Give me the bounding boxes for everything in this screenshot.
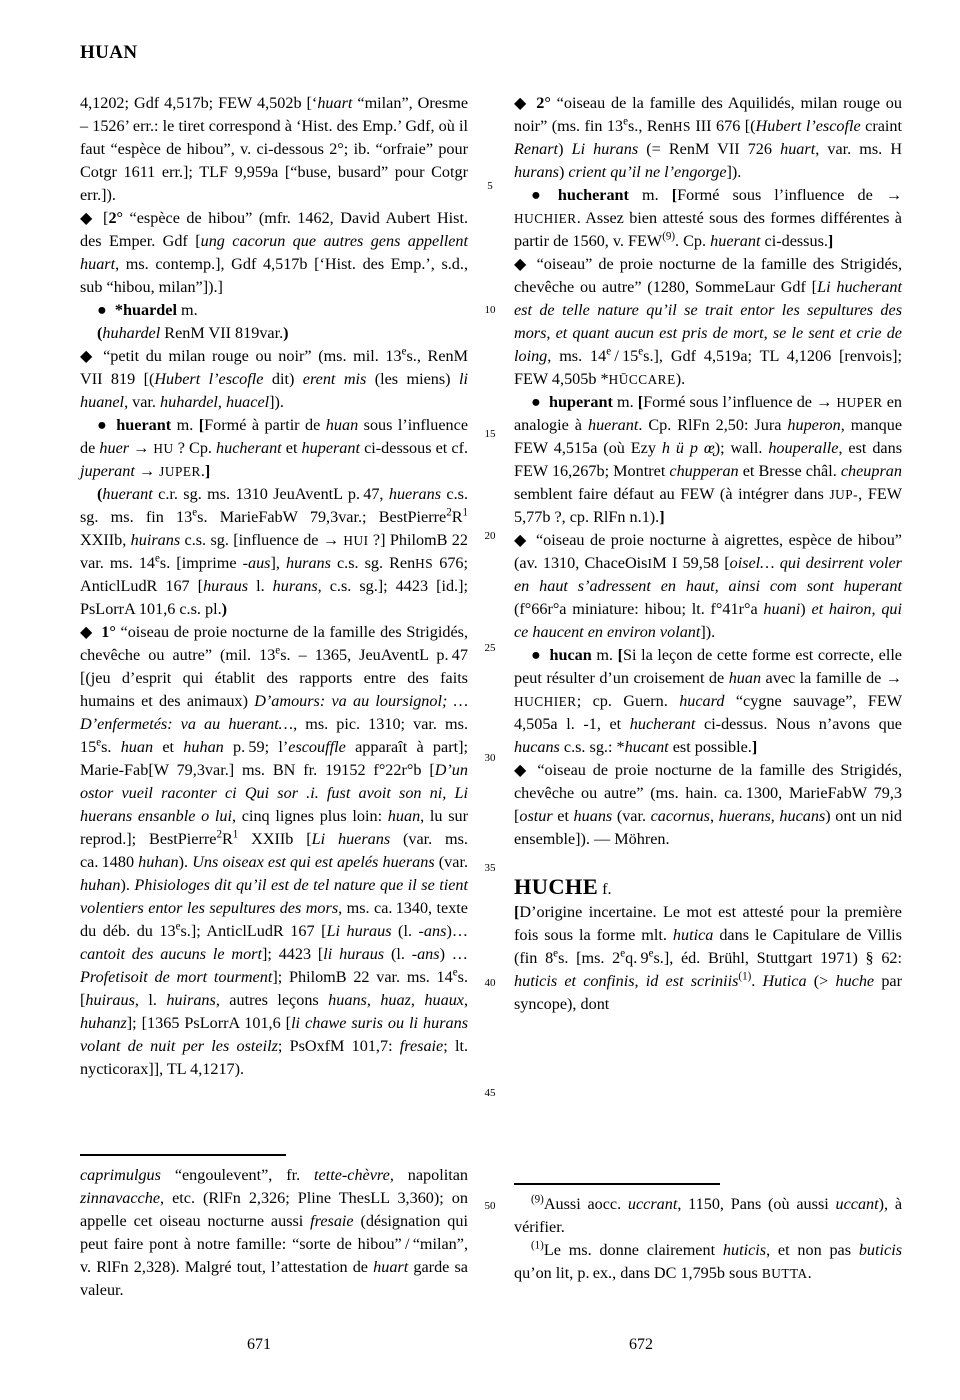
forms-huardel: (huhardel RenM VII 819var.): [80, 322, 468, 345]
entry-hucherant: ● hucherant m. [Formé sous l’influence d…: [514, 184, 902, 253]
line-number: 35: [474, 862, 506, 874]
continuation-huart: 4,1202; Gdf 4,517b; FEW 4,502b [‘huart “…: [80, 92, 468, 207]
sense-huardel: ◆ “petit du milan rouge ou noir” (ms. mi…: [80, 345, 468, 414]
left-footnote-text: caprimulgus “engoulevent”, fr. tette-chè…: [80, 1164, 468, 1302]
line-number: 25: [474, 642, 506, 654]
right-footnote-text: (9)Aussi aocc. uccrant, 1150, Pans (où a…: [514, 1193, 902, 1285]
line-number: 10: [474, 304, 506, 316]
right-footnote-block: (9)Aussi aocc. uccrant, 1150, Pans (où a…: [514, 1183, 902, 1285]
sense-huerant-1: ◆ 1° “oiseau de proie nocturne de la fam…: [80, 621, 468, 1081]
entry-hucan: ● hucan m. [Si la leçon de cette forme e…: [514, 644, 902, 759]
sense-2-bracket: ◆ [2° “espèce de hibou” (mfr. 1462, Davi…: [80, 207, 468, 299]
line-number: 30: [474, 752, 506, 764]
left-footnote-block: caprimulgus “engoulevent”, fr. tette-chè…: [80, 1154, 468, 1302]
forms-huerant: (huerant c.r. sg. ms. 1310 JeuAventL p. …: [80, 483, 468, 621]
line-number: 50: [474, 1200, 506, 1212]
left-column: 4,1202; Gdf 4,517b; FEW 4,502b [‘huart “…: [80, 92, 468, 1081]
page-number-right: 672: [611, 1336, 671, 1354]
headword-huche: HUCHE f.: [514, 875, 902, 901]
entry-huerant: ● huerant m. [Formé à partir de huan sou…: [80, 414, 468, 483]
sense-huerant-2: ◆ 2° “oiseau de la famille des Aquilidés…: [514, 92, 902, 184]
sense-huperant: ◆ “oiseau de proie nocturne à aigrettes,…: [514, 529, 902, 644]
running-head: HUAN: [80, 42, 138, 64]
line-number: 5: [474, 180, 506, 192]
dictionary-page: HUAN 4,1202; Gdf 4,517b; FEW 4,502b [‘hu…: [0, 0, 960, 1400]
line-number: 15: [474, 428, 506, 440]
right-column: ◆ 2° “oiseau de la famille des Aquilidés…: [514, 92, 902, 1016]
sense-hucan: ◆ “oiseau de proie nocturne de la famill…: [514, 759, 902, 851]
entry-huperant: ● huperant m. [Formé sous l’influence de…: [514, 391, 902, 529]
entry-huardel: ● *huardel m.: [80, 299, 468, 322]
footnote-rule: [514, 1183, 720, 1185]
sense-hucherant: ◆ “oiseau” de proie nocturne de la famil…: [514, 253, 902, 391]
footnote-9: (9)Aussi aocc. uccrant, 1150, Pans (où a…: [514, 1193, 902, 1239]
footnote-rule: [80, 1154, 286, 1156]
line-number: 20: [474, 530, 506, 542]
etymology-huche: [D’origine incertaine. Le mot est attest…: [514, 901, 902, 1016]
footnote-continuation: caprimulgus “engoulevent”, fr. tette-chè…: [80, 1164, 468, 1302]
line-number: 45: [474, 1087, 506, 1099]
line-number: 40: [474, 977, 506, 989]
footnote-1: (1)Le ms. donne clairement huticis, et n…: [514, 1239, 902, 1285]
page-number-left: 671: [229, 1336, 289, 1354]
